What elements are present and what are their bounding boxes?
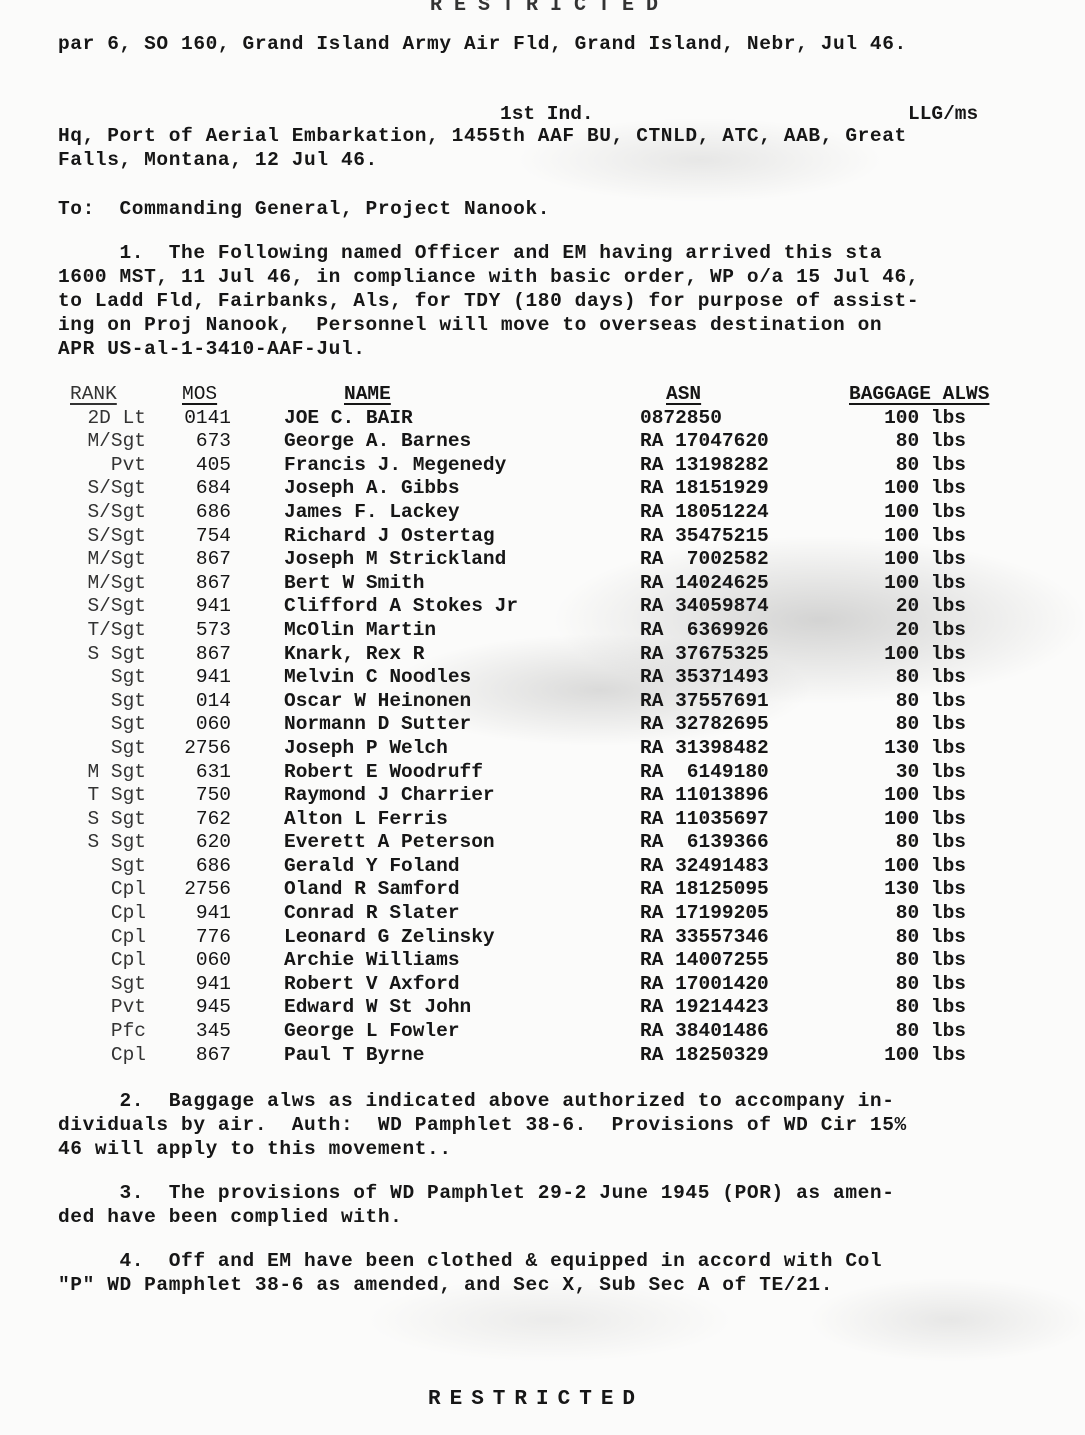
asn-cell: RA 31398482 <box>640 737 769 759</box>
mos-cell: 060 <box>161 949 231 971</box>
rank-cell: Pfc <box>56 1020 146 1042</box>
mos-cell: 776 <box>161 926 231 948</box>
roster-row: T/Sgt573McOlin MartinRA 636992620 lbs <box>56 619 1036 643</box>
asn-cell: RA 17047620 <box>640 430 769 452</box>
asn-cell: RA 35475215 <box>640 525 769 547</box>
roster-row: Sgt014Oscar W HeinonenRA 3755769180 lbs <box>56 690 1036 714</box>
asn-cell: RA 18151929 <box>640 477 769 499</box>
name-cell: Joseph A. Gibbs <box>284 477 460 499</box>
baggage-cell: 100 lbs <box>826 572 966 594</box>
asn-cell: 0872850 <box>640 407 722 429</box>
rank-cell: Cpl <box>56 902 146 924</box>
asn-cell: RA 14007255 <box>640 949 769 971</box>
mos-cell: 631 <box>161 761 231 783</box>
indorsement-to-line: To: Commanding General, Project Nanook. <box>58 198 550 220</box>
asn-cell: RA 19214423 <box>640 996 769 1018</box>
name-cell: Robert E Woodruff <box>284 761 483 783</box>
asn-cell: RA 14024625 <box>640 572 769 594</box>
rank-cell: T/Sgt <box>56 619 146 641</box>
roster-row: Sgt2756Joseph P WelchRA 31398482130 lbs <box>56 737 1036 761</box>
baggage-cell: 100 lbs <box>826 784 966 806</box>
baggage-cell: 20 lbs <box>826 595 966 617</box>
rank-cell: T Sgt <box>56 784 146 806</box>
roster-row: M/Sgt867Joseph M StricklandRA 7002582100… <box>56 548 1036 572</box>
roster-row: Sgt686Gerald Y FolandRA 32491483100 lbs <box>56 855 1036 879</box>
asn-cell: RA 18250329 <box>640 1044 769 1066</box>
asn-cell: RA 6369926 <box>640 619 769 641</box>
baggage-cell: 30 lbs <box>826 761 966 783</box>
footer-classification: RESTRICTED <box>428 1388 644 1411</box>
indorsement-initials: LLG/ms <box>908 103 978 125</box>
asn-cell: RA 6139366 <box>640 831 769 853</box>
mos-cell: 867 <box>161 572 231 594</box>
roster-row: M Sgt631Robert E WoodruffRA 614918030 lb… <box>56 761 1036 785</box>
header-baggage: BAGGAGE ALWS <box>849 383 989 405</box>
mos-cell: 573 <box>161 619 231 641</box>
mos-cell: 941 <box>161 973 231 995</box>
asn-cell: RA 17001420 <box>640 973 769 995</box>
baggage-cell: 80 lbs <box>826 713 966 735</box>
roster-row: Cpl867Paul T ByrneRA 18250329100 lbs <box>56 1044 1036 1068</box>
roster-row: 2D Lt0141JOE C. BAIR0872850100 lbs <box>56 407 1036 431</box>
personnel-roster-table: RANK MOS NAME ASN BAGGAGE ALWS 2D Lt0141… <box>56 383 1036 1067</box>
name-cell: McOlin Martin <box>284 619 436 641</box>
roster-row: Pvt945Edward W St JohnRA 1921442380 lbs <box>56 996 1036 1020</box>
name-cell: JOE C. BAIR <box>284 407 413 429</box>
asn-cell: RA 11013896 <box>640 784 769 806</box>
asn-cell: RA 34059874 <box>640 595 769 617</box>
roster-body: 2D Lt0141JOE C. BAIR0872850100 lbsM/Sgt6… <box>56 407 1036 1068</box>
mos-cell: 673 <box>161 430 231 452</box>
rank-cell: 2D Lt <box>56 407 146 429</box>
rank-cell: Cpl <box>56 926 146 948</box>
mos-cell: 754 <box>161 525 231 547</box>
baggage-cell: 100 lbs <box>826 1044 966 1066</box>
roster-row: Sgt941Robert V AxfordRA 1700142080 lbs <box>56 973 1036 997</box>
rank-cell: S Sgt <box>56 808 146 830</box>
name-cell: James F. Lackey <box>284 501 460 523</box>
document-page: { "header": { "top_stamp": "RESTRICTED",… <box>0 0 1085 1435</box>
asn-cell: RA 33557346 <box>640 926 769 948</box>
roster-row: Sgt941Melvin C NoodlesRA 3537149380 lbs <box>56 666 1036 690</box>
asn-cell: RA 11035697 <box>640 808 769 830</box>
baggage-cell: 100 lbs <box>826 501 966 523</box>
header-mos: MOS <box>182 383 217 405</box>
mos-cell: 686 <box>161 855 231 877</box>
rank-cell: M/Sgt <box>56 572 146 594</box>
baggage-cell: 80 lbs <box>826 831 966 853</box>
baggage-cell: 80 lbs <box>826 973 966 995</box>
mos-cell: 405 <box>161 454 231 476</box>
paragraph-2-line: 2. Baggage alws as indicated above autho… <box>58 1090 895 1112</box>
paragraph-1-line: 1600 MST, 11 Jul 46, in compliance with … <box>58 266 919 288</box>
name-cell: Robert V Axford <box>284 973 460 995</box>
roster-row: S/Sgt941Clifford A Stokes JrRA 340598742… <box>56 595 1036 619</box>
name-cell: Francis J. Megenedy <box>284 454 506 476</box>
mos-cell: 867 <box>161 548 231 570</box>
rank-cell: S Sgt <box>56 831 146 853</box>
paragraph-2-line: 46 will apply to this movement.. <box>58 1138 452 1160</box>
rank-cell: Cpl <box>56 949 146 971</box>
mos-cell: 762 <box>161 808 231 830</box>
name-cell: Gerald Y Foland <box>284 855 460 877</box>
rank-cell: Sgt <box>56 690 146 712</box>
paragraph-2-line: dividuals by air. Auth: WD Pamphlet 38-6… <box>58 1114 907 1136</box>
baggage-cell: 100 lbs <box>826 808 966 830</box>
roster-row: S/Sgt754Richard J OstertagRA 35475215100… <box>56 525 1036 549</box>
mos-cell: 620 <box>161 831 231 853</box>
paragraph-4-line: 4. Off and EM have been clothed & equipp… <box>58 1250 882 1272</box>
asn-cell: RA 18051224 <box>640 501 769 523</box>
asn-cell: RA 7002582 <box>640 548 769 570</box>
asn-cell: RA 38401486 <box>640 1020 769 1042</box>
mos-cell: 684 <box>161 477 231 499</box>
indorsement-label: 1st Ind. <box>500 103 594 125</box>
rank-cell: S/Sgt <box>56 595 146 617</box>
name-cell: Raymond J Charrier <box>284 784 495 806</box>
name-cell: Archie Williams <box>284 949 460 971</box>
mos-cell: 2756 <box>161 737 231 759</box>
rank-cell: Sgt <box>56 666 146 688</box>
header-asn: ASN <box>666 383 701 405</box>
paragraph-1-line: to Ladd Fld, Fairbanks, Als, for TDY (18… <box>58 290 919 312</box>
baggage-cell: 130 lbs <box>826 878 966 900</box>
asn-cell: RA 37675325 <box>640 643 769 665</box>
baggage-cell: 130 lbs <box>826 737 966 759</box>
mos-cell: 945 <box>161 996 231 1018</box>
rank-cell: M/Sgt <box>56 430 146 452</box>
name-cell: Richard J Ostertag <box>284 525 495 547</box>
rank-cell: M Sgt <box>56 761 146 783</box>
mos-cell: 060 <box>161 713 231 735</box>
mos-cell: 2756 <box>161 878 231 900</box>
rank-cell: Cpl <box>56 878 146 900</box>
name-cell: Clifford A Stokes Jr <box>284 595 518 617</box>
roster-row: Cpl2756Oland R SamfordRA 18125095130 lbs <box>56 878 1036 902</box>
roster-row: T Sgt750Raymond J CharrierRA 11013896100… <box>56 784 1036 808</box>
asn-cell: RA 6149180 <box>640 761 769 783</box>
baggage-cell: 80 lbs <box>826 926 966 948</box>
name-cell: George A. Barnes <box>284 430 471 452</box>
rank-cell: S/Sgt <box>56 477 146 499</box>
asn-cell: RA 13198282 <box>640 454 769 476</box>
roster-row: Cpl776Leonard G ZelinskyRA 3355734680 lb… <box>56 926 1036 950</box>
rank-cell: S/Sgt <box>56 501 146 523</box>
rank-cell: Sgt <box>56 713 146 735</box>
mos-cell: 867 <box>161 643 231 665</box>
baggage-cell: 80 lbs <box>826 454 966 476</box>
asn-cell: RA 37557691 <box>640 690 769 712</box>
roster-row: Pfc345George L FowlerRA 3840148680 lbs <box>56 1020 1036 1044</box>
mos-cell: 750 <box>161 784 231 806</box>
name-cell: Melvin C Noodles <box>284 666 471 688</box>
roster-row: Cpl941Conrad R SlaterRA 1719920580 lbs <box>56 902 1036 926</box>
name-cell: Paul T Byrne <box>284 1044 424 1066</box>
roster-row: Pvt405Francis J. MegenedyRA 1319828280 l… <box>56 454 1036 478</box>
baggage-cell: 80 lbs <box>826 430 966 452</box>
rank-cell: Cpl <box>56 1044 146 1066</box>
paragraph-1-line: APR US-al-1-3410-AAF-Jul. <box>58 338 366 360</box>
baggage-cell: 100 lbs <box>826 643 966 665</box>
baggage-cell: 100 lbs <box>826 525 966 547</box>
rank-cell: S/Sgt <box>56 525 146 547</box>
name-cell: George L Fowler <box>284 1020 460 1042</box>
roster-header-row: RANK MOS NAME ASN BAGGAGE ALWS <box>56 383 1036 407</box>
baggage-cell: 80 lbs <box>826 690 966 712</box>
paragraph-3-line: ded have been complied with. <box>58 1206 402 1228</box>
rank-cell: Sgt <box>56 855 146 877</box>
mos-cell: 345 <box>161 1020 231 1042</box>
asn-cell: RA 32491483 <box>640 855 769 877</box>
name-cell: Leonard G Zelinsky <box>284 926 495 948</box>
name-cell: Oscar W Heinonen <box>284 690 471 712</box>
asn-cell: RA 18125095 <box>640 878 769 900</box>
reference-line: par 6, SO 160, Grand Island Army Air Fld… <box>58 33 907 55</box>
top-classification-stamp: RESTRICTED <box>430 0 670 17</box>
baggage-cell: 80 lbs <box>826 902 966 924</box>
mos-cell: 867 <box>161 1044 231 1066</box>
baggage-cell: 80 lbs <box>826 949 966 971</box>
roster-row: S Sgt620Everett A PetersonRA 613936680 l… <box>56 831 1036 855</box>
roster-row: M/Sgt867Bert W SmithRA 14024625100 lbs <box>56 572 1036 596</box>
baggage-cell: 100 lbs <box>826 407 966 429</box>
baggage-cell: 100 lbs <box>826 477 966 499</box>
roster-row: S Sgt867Knark, Rex RRA 37675325100 lbs <box>56 643 1036 667</box>
roster-row: M/Sgt673George A. BarnesRA 1704762080 lb… <box>56 430 1036 454</box>
baggage-cell: 100 lbs <box>826 548 966 570</box>
name-cell: Bert W Smith <box>284 572 424 594</box>
paragraph-1-line: 1. The Following named Officer and EM ha… <box>58 242 882 264</box>
name-cell: Knark, Rex R <box>284 643 424 665</box>
baggage-cell: 100 lbs <box>826 855 966 877</box>
rank-cell: M/Sgt <box>56 548 146 570</box>
baggage-cell: 80 lbs <box>826 996 966 1018</box>
name-cell: Normann D Sutter <box>284 713 471 735</box>
paragraph-3-line: 3. The provisions of WD Pamphlet 29-2 Ju… <box>58 1182 895 1204</box>
name-cell: Conrad R Slater <box>284 902 460 924</box>
mos-cell: 0141 <box>161 407 231 429</box>
asn-cell: RA 17199205 <box>640 902 769 924</box>
name-cell: Everett A Peterson <box>284 831 495 853</box>
header-rank: RANK <box>70 383 117 405</box>
name-cell: Oland R Samford <box>284 878 460 900</box>
header-name: NAME <box>344 383 391 405</box>
mos-cell: 686 <box>161 501 231 523</box>
mos-cell: 941 <box>161 666 231 688</box>
mos-cell: 941 <box>161 595 231 617</box>
paragraph-1-line: ing on Proj Nanook, Personnel will move … <box>58 314 882 336</box>
indorsement-from-line-2: Falls, Montana, 12 Jul 46. <box>58 149 378 171</box>
rank-cell: Sgt <box>56 973 146 995</box>
name-cell: Joseph M Strickland <box>284 548 506 570</box>
paragraph-4-line: "P" WD Pamphlet 38-6 as amended, and Sec… <box>58 1274 833 1296</box>
roster-row: S/Sgt684Joseph A. GibbsRA 18151929100 lb… <box>56 477 1036 501</box>
baggage-cell: 80 lbs <box>826 666 966 688</box>
asn-cell: RA 32782695 <box>640 713 769 735</box>
baggage-cell: 20 lbs <box>826 619 966 641</box>
roster-row: S/Sgt686James F. LackeyRA 18051224100 lb… <box>56 501 1036 525</box>
rank-cell: Sgt <box>56 737 146 759</box>
name-cell: Edward W St John <box>284 996 471 1018</box>
name-cell: Joseph P Welch <box>284 737 448 759</box>
rank-cell: Pvt <box>56 996 146 1018</box>
baggage-cell: 80 lbs <box>826 1020 966 1042</box>
rank-cell: Pvt <box>56 454 146 476</box>
mos-cell: 014 <box>161 690 231 712</box>
indorsement-from-line-1: Hq, Port of Aerial Embarkation, 1455th A… <box>58 125 907 147</box>
name-cell: Alton L Ferris <box>284 808 448 830</box>
rank-cell: S Sgt <box>56 643 146 665</box>
asn-cell: RA 35371493 <box>640 666 769 688</box>
roster-row: S Sgt762Alton L FerrisRA 11035697100 lbs <box>56 808 1036 832</box>
roster-row: Cpl060Archie WilliamsRA 1400725580 lbs <box>56 949 1036 973</box>
mos-cell: 941 <box>161 902 231 924</box>
roster-row: Sgt060Normann D SutterRA 3278269580 lbs <box>56 713 1036 737</box>
